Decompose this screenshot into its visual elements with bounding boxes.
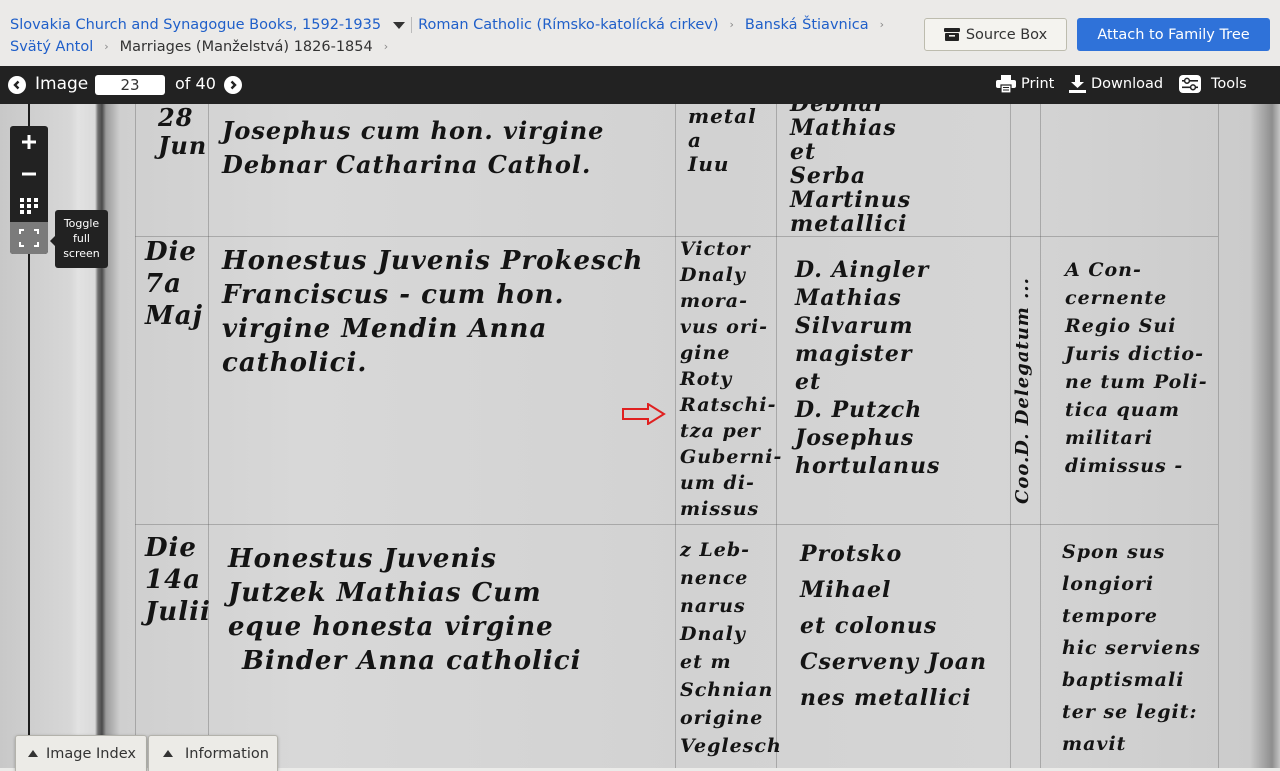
column-line: [675, 104, 676, 768]
next-image-button[interactable]: [224, 76, 242, 94]
entry-witnesses: ProtskoMihaelet colonusCserveny Joannes …: [800, 536, 987, 716]
entry-date: 28Jun: [158, 104, 207, 160]
divider: [411, 17, 412, 33]
breadcrumb-religion[interactable]: Roman Catholic (Rímsko-katolícká cirkev): [418, 14, 718, 36]
triangle-up-icon: [163, 750, 173, 757]
column-line: [1040, 104, 1041, 768]
plus-icon: [22, 135, 36, 149]
breadcrumb-parish[interactable]: Svätý Antol: [10, 36, 93, 58]
entry-origin: VictorDnalymora-vus ori-gineRotyRatschi-…: [680, 236, 782, 522]
download-icon: [1069, 75, 1086, 93]
entry-origin: z Leb-nencenarusDnalyet mSchnianorigineV…: [680, 536, 782, 760]
image-label: Image: [35, 74, 88, 94]
entry-date: Die7aMaj: [145, 236, 203, 332]
entry-witnesses: DebnarMathiasetSerbaMartinusmetallici: [790, 104, 911, 236]
header: Slovakia Church and Synagogue Books, 159…: [0, 0, 1280, 66]
source-box-button[interactable]: Source Box: [924, 18, 1067, 51]
entry-remarks: Spon suslongioritemporehic serviensbapti…: [1062, 536, 1201, 760]
entry-origin: metalaIuu: [688, 104, 757, 176]
column-line: [135, 104, 136, 768]
image-total-label: of 40: [175, 74, 216, 93]
entry-text: Honestus JuvenisJutzek Mathias Cumeque h…: [228, 542, 582, 678]
image-index-label: Image Index: [46, 746, 136, 762]
tools-label: Tools: [1211, 76, 1247, 92]
triangle-up-icon: [28, 750, 38, 757]
image-number-input[interactable]: [95, 75, 165, 95]
print-button[interactable]: Print: [996, 75, 1054, 93]
breadcrumb: Slovakia Church and Synagogue Books, 159…: [10, 14, 910, 58]
source-box-label: Source Box: [966, 27, 1047, 43]
archive-box-icon: [944, 28, 960, 41]
print-label: Print: [1021, 76, 1054, 92]
zoom-controls: [10, 126, 48, 254]
column-line: [1010, 104, 1011, 768]
image-index-tab[interactable]: Image Index: [15, 735, 147, 768]
breadcrumb-row-2: Svätý Antol › Marriages (Manželstvá) 182…: [10, 36, 910, 58]
minus-icon: [22, 167, 36, 181]
fullscreen-button[interactable]: [10, 222, 48, 254]
tools-button[interactable]: Tools: [1179, 75, 1247, 93]
breadcrumb-separator-icon: ›: [104, 36, 108, 58]
information-tab[interactable]: Information: [148, 735, 278, 768]
column-line: [1218, 104, 1219, 768]
zoom-out-button[interactable]: [10, 158, 48, 190]
image-viewer[interactable]: 28Jun Josephus cum hon. virgineDebnar Ca…: [0, 104, 1280, 768]
printer-icon: [996, 75, 1016, 93]
attach-to-family-tree-button[interactable]: Attach to Family Tree: [1077, 18, 1270, 51]
row-line: [135, 236, 1218, 237]
collection-dropdown-icon[interactable]: [393, 22, 405, 29]
entry-text: Josephus cum hon. virgineDebnar Catharin…: [222, 114, 604, 182]
sliders-icon: [1179, 75, 1201, 93]
chevron-right-icon: [228, 80, 238, 90]
breadcrumb-row-1: Slovakia Church and Synagogue Books, 159…: [10, 14, 910, 36]
image-toolbar: Image of 40 Print Download Tools: [0, 66, 1280, 104]
download-button[interactable]: Download: [1069, 75, 1163, 93]
grid-icon: [20, 198, 38, 214]
entry-witnesses: D. AinglerMathiasSilvarummagisteretD. Pu…: [795, 256, 940, 480]
record-image[interactable]: 28Jun Josephus cum hon. virgineDebnar Ca…: [0, 104, 1280, 768]
breadcrumb-collection[interactable]: Slovakia Church and Synagogue Books, 159…: [10, 14, 381, 36]
download-label: Download: [1091, 76, 1163, 92]
breadcrumb-separator-icon: ›: [880, 14, 884, 36]
breadcrumb-separator-icon: ›: [730, 14, 734, 36]
entry-date: Die14aJulii: [145, 532, 211, 628]
fullscreen-icon: [19, 229, 39, 247]
grid-view-button[interactable]: [10, 190, 48, 222]
arrow-right-marker-icon: [622, 403, 666, 425]
entry-remarks: A Con-cernenteRegio SuiJuris dictio-ne t…: [1065, 256, 1208, 480]
entry-text: Honestus Juvenis ProkeschFranciscus - cu…: [222, 244, 643, 380]
information-label: Information: [185, 746, 269, 762]
chevron-left-icon: [12, 80, 22, 90]
column-line: [208, 104, 209, 768]
breadcrumb-separator-icon: ›: [384, 36, 388, 58]
zoom-in-button[interactable]: [10, 126, 48, 158]
breadcrumb-town[interactable]: Banská Štiavnica: [745, 14, 869, 36]
fullscreen-tooltip: Toggle full screen: [55, 210, 108, 268]
previous-image-button[interactable]: [8, 76, 26, 94]
row-line: [135, 524, 1218, 525]
margin-vertical-note: Coo.D. Delegatum ...: [1012, 277, 1033, 504]
breadcrumb-current-record: Marriages (Manželstvá) 1826-1854: [120, 36, 373, 58]
